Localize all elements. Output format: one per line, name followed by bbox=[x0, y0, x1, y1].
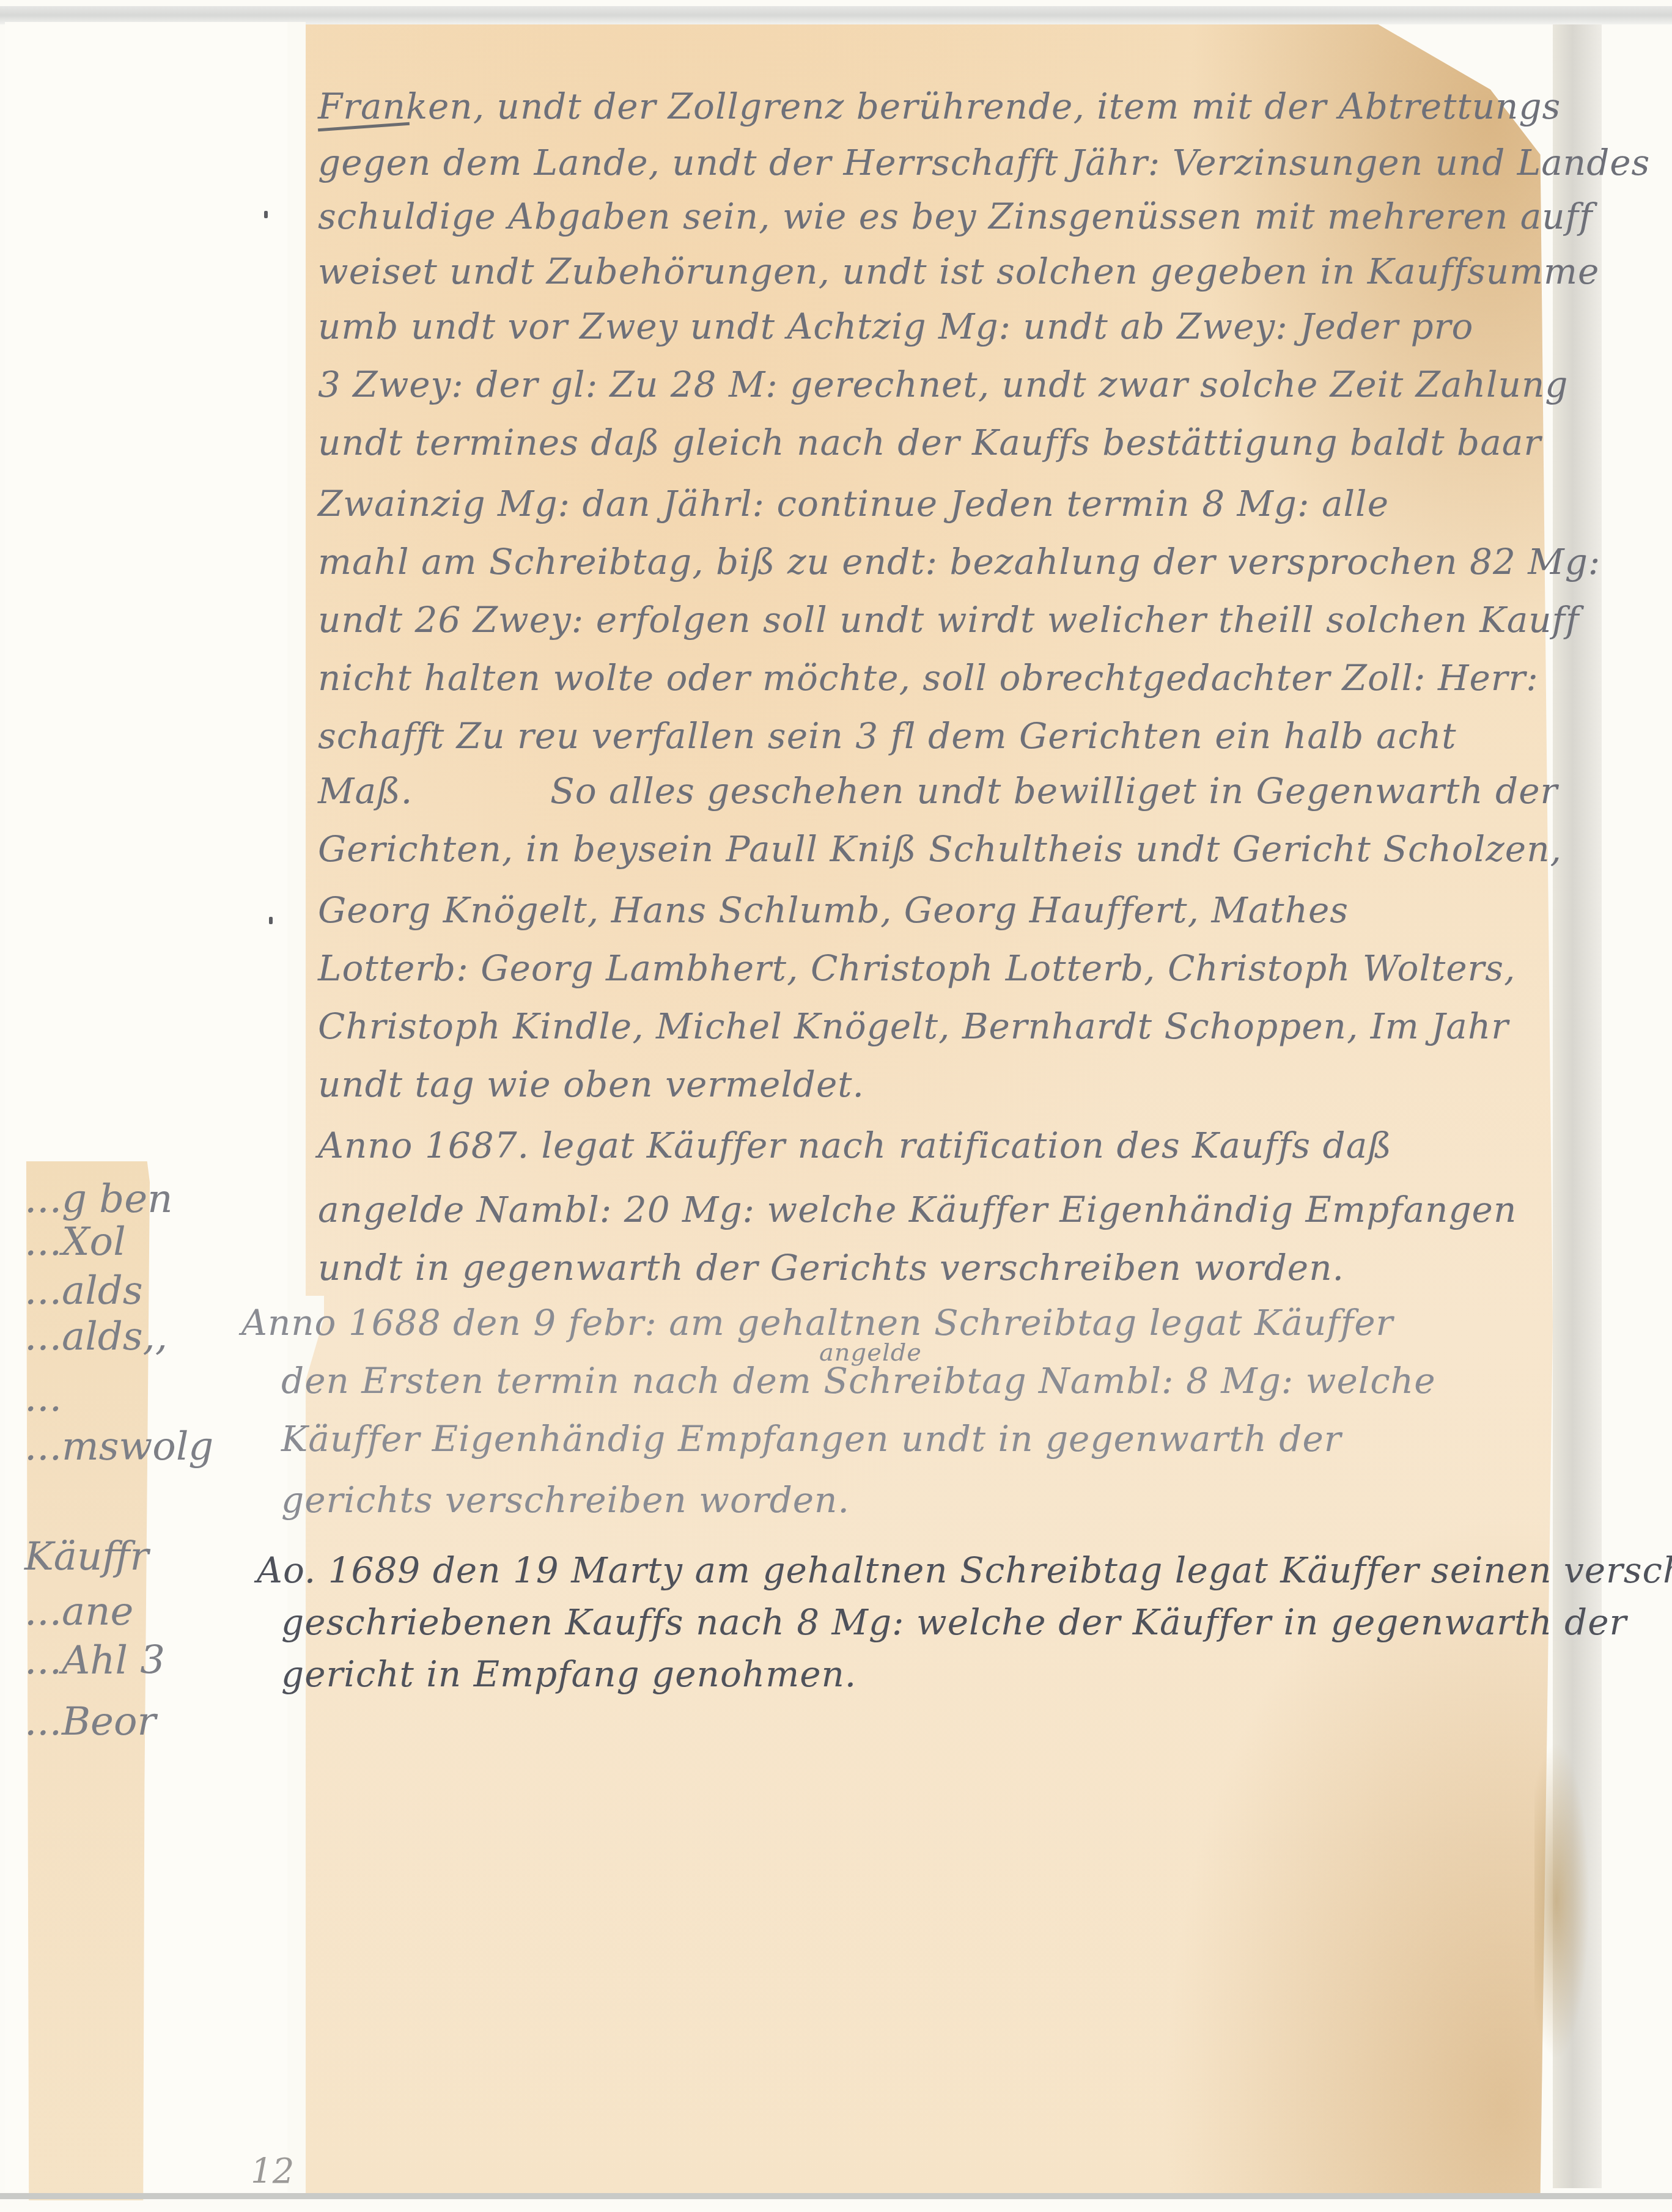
text-line: Gerichten, in beysein Paull Kniß Schulth… bbox=[318, 828, 1562, 870]
entry-line: gericht in Empfang genohmen. bbox=[281, 1653, 856, 1695]
fragment-line: ...Ahl 3 bbox=[24, 1638, 165, 1683]
manuscript-leaf bbox=[306, 24, 1553, 2194]
entry-line: Anno 1688 den 9 febr: am gehaltnen Schre… bbox=[241, 1302, 1393, 1343]
margin-mark bbox=[264, 211, 268, 218]
fragment-line: ...g ben bbox=[24, 1177, 172, 1222]
fragment-line: ...ane bbox=[24, 1589, 133, 1634]
text-line: schuldige Abgaben sein, wie es bey Zinsg… bbox=[318, 196, 1593, 237]
text-line: nicht halten wolte oder möchte, soll obr… bbox=[318, 657, 1539, 699]
text-line-indented: So alles geschehen undt bewilliget in Ge… bbox=[550, 770, 1558, 812]
entry-line: undt in gegenwarth der Gerichts verschre… bbox=[318, 1247, 1344, 1288]
fragment-line: ...Xol bbox=[24, 1219, 126, 1265]
text-line: Maß. bbox=[318, 770, 413, 812]
backing-paper-gap bbox=[287, 22, 306, 2192]
text-line: gegen dem Lande, undt der Herrschafft Jä… bbox=[318, 142, 1650, 183]
text-line: undt termines daß gleich nach der Kauffs… bbox=[318, 422, 1541, 463]
fragment-line: ...alds,, bbox=[24, 1314, 168, 1359]
text-line: Christoph Kindle, Michel Knögelt, Bernha… bbox=[318, 1005, 1509, 1047]
text-line: Franken, undt der Zollgrenz berührende, … bbox=[318, 86, 1561, 127]
text-line: Lotterb: Georg Lambhert, Christoph Lotte… bbox=[318, 947, 1516, 989]
entry-line: den Ersten termin nach dem Schreibtag Na… bbox=[281, 1360, 1436, 1402]
text-line: mahl am Schreibtag, biß zu endt: bezahlu… bbox=[318, 541, 1600, 582]
text-line: Zwainzig Mg: dan Jährl: continue Jeden t… bbox=[318, 483, 1389, 524]
entry-line: angelde Nambl: 20 Mg: welche Käuffer Eig… bbox=[318, 1189, 1517, 1230]
text-line: Georg Knögelt, Hans Schlumb, Georg Hauff… bbox=[318, 889, 1349, 931]
margin-mark bbox=[269, 917, 273, 924]
text-line: schafft Zu reu verfallen sein 3 fl dem G… bbox=[318, 715, 1457, 757]
folio-number: 12 bbox=[251, 2151, 294, 2191]
entry-line: geschriebenen Kauffs nach 8 Mg: welche d… bbox=[281, 1601, 1627, 1643]
fragment-line: ... bbox=[24, 1375, 62, 1420]
text-line: undt 26 Zwey: erfolgen soll undt wirdt w… bbox=[318, 599, 1580, 641]
text-line: undt tag wie oben vermeldet. bbox=[318, 1064, 864, 1105]
fragment-line: ...alds bbox=[24, 1268, 142, 1314]
entry-line: Käuffer Eigenhändig Empfangen undt in ge… bbox=[281, 1418, 1341, 1460]
fragment-line: Käuffr bbox=[24, 1534, 149, 1579]
water-stain bbox=[1534, 1742, 1589, 2060]
fragment-line: ...mswolg bbox=[24, 1424, 213, 1469]
text-line: 3 Zwey: der gl: Zu 28 M: gerechnet, undt… bbox=[318, 364, 1568, 405]
scanner-bottom-edge bbox=[0, 2193, 1672, 2199]
text-line: weiset undt Zubehörungen, undt ist solch… bbox=[318, 251, 1599, 292]
fragment-line: ...Beor bbox=[24, 1699, 156, 1744]
text-line: umb undt vor Zwey undt Achtzig Mg: undt … bbox=[318, 306, 1473, 347]
entry-line: gerichts verschreiben worden. bbox=[281, 1479, 850, 1521]
entry-line: Ao. 1689 den 19 Marty am gehaltnen Schre… bbox=[257, 1549, 1672, 1591]
entry-line: Anno 1687. legat Käuffer nach ratificati… bbox=[318, 1125, 1392, 1166]
